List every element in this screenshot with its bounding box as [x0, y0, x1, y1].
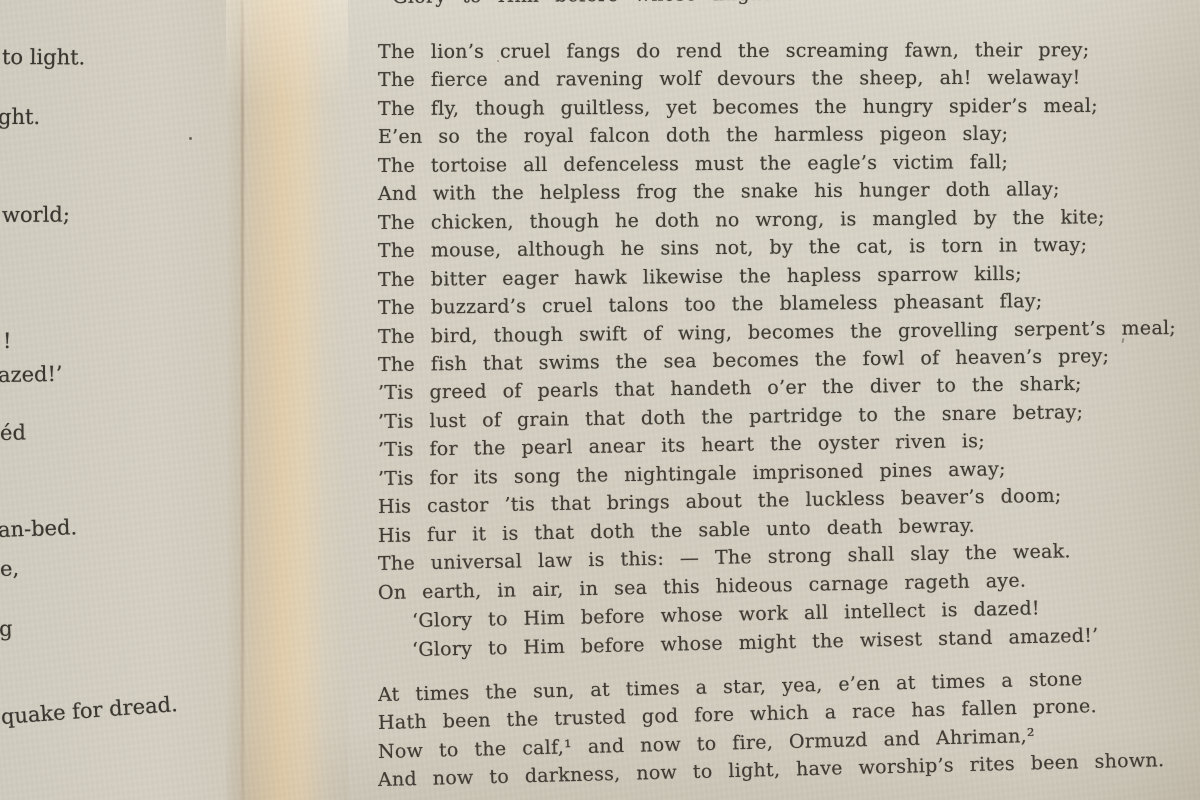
- book-photo: to light. ght. world; ! azed!’ éd an-bed…: [0, 0, 1200, 800]
- clipped-running-line: ‘Glory to Him before whose might the wis…: [386, 0, 1073, 8]
- stanza-law-of-prey: The lion’s cruel fangs do rend the screa…: [378, 38, 1176, 664]
- poem-line: The fierce and ravening wolf devours the…: [378, 64, 1176, 95]
- poem-line: The lion’s cruel fangs do rend the screa…: [378, 36, 1176, 67]
- stanza-idols: At times the sun, at times a star, yea, …: [378, 681, 1165, 795]
- right-page: ‘Glory to Him before whose might the wis…: [0, 0, 1200, 800]
